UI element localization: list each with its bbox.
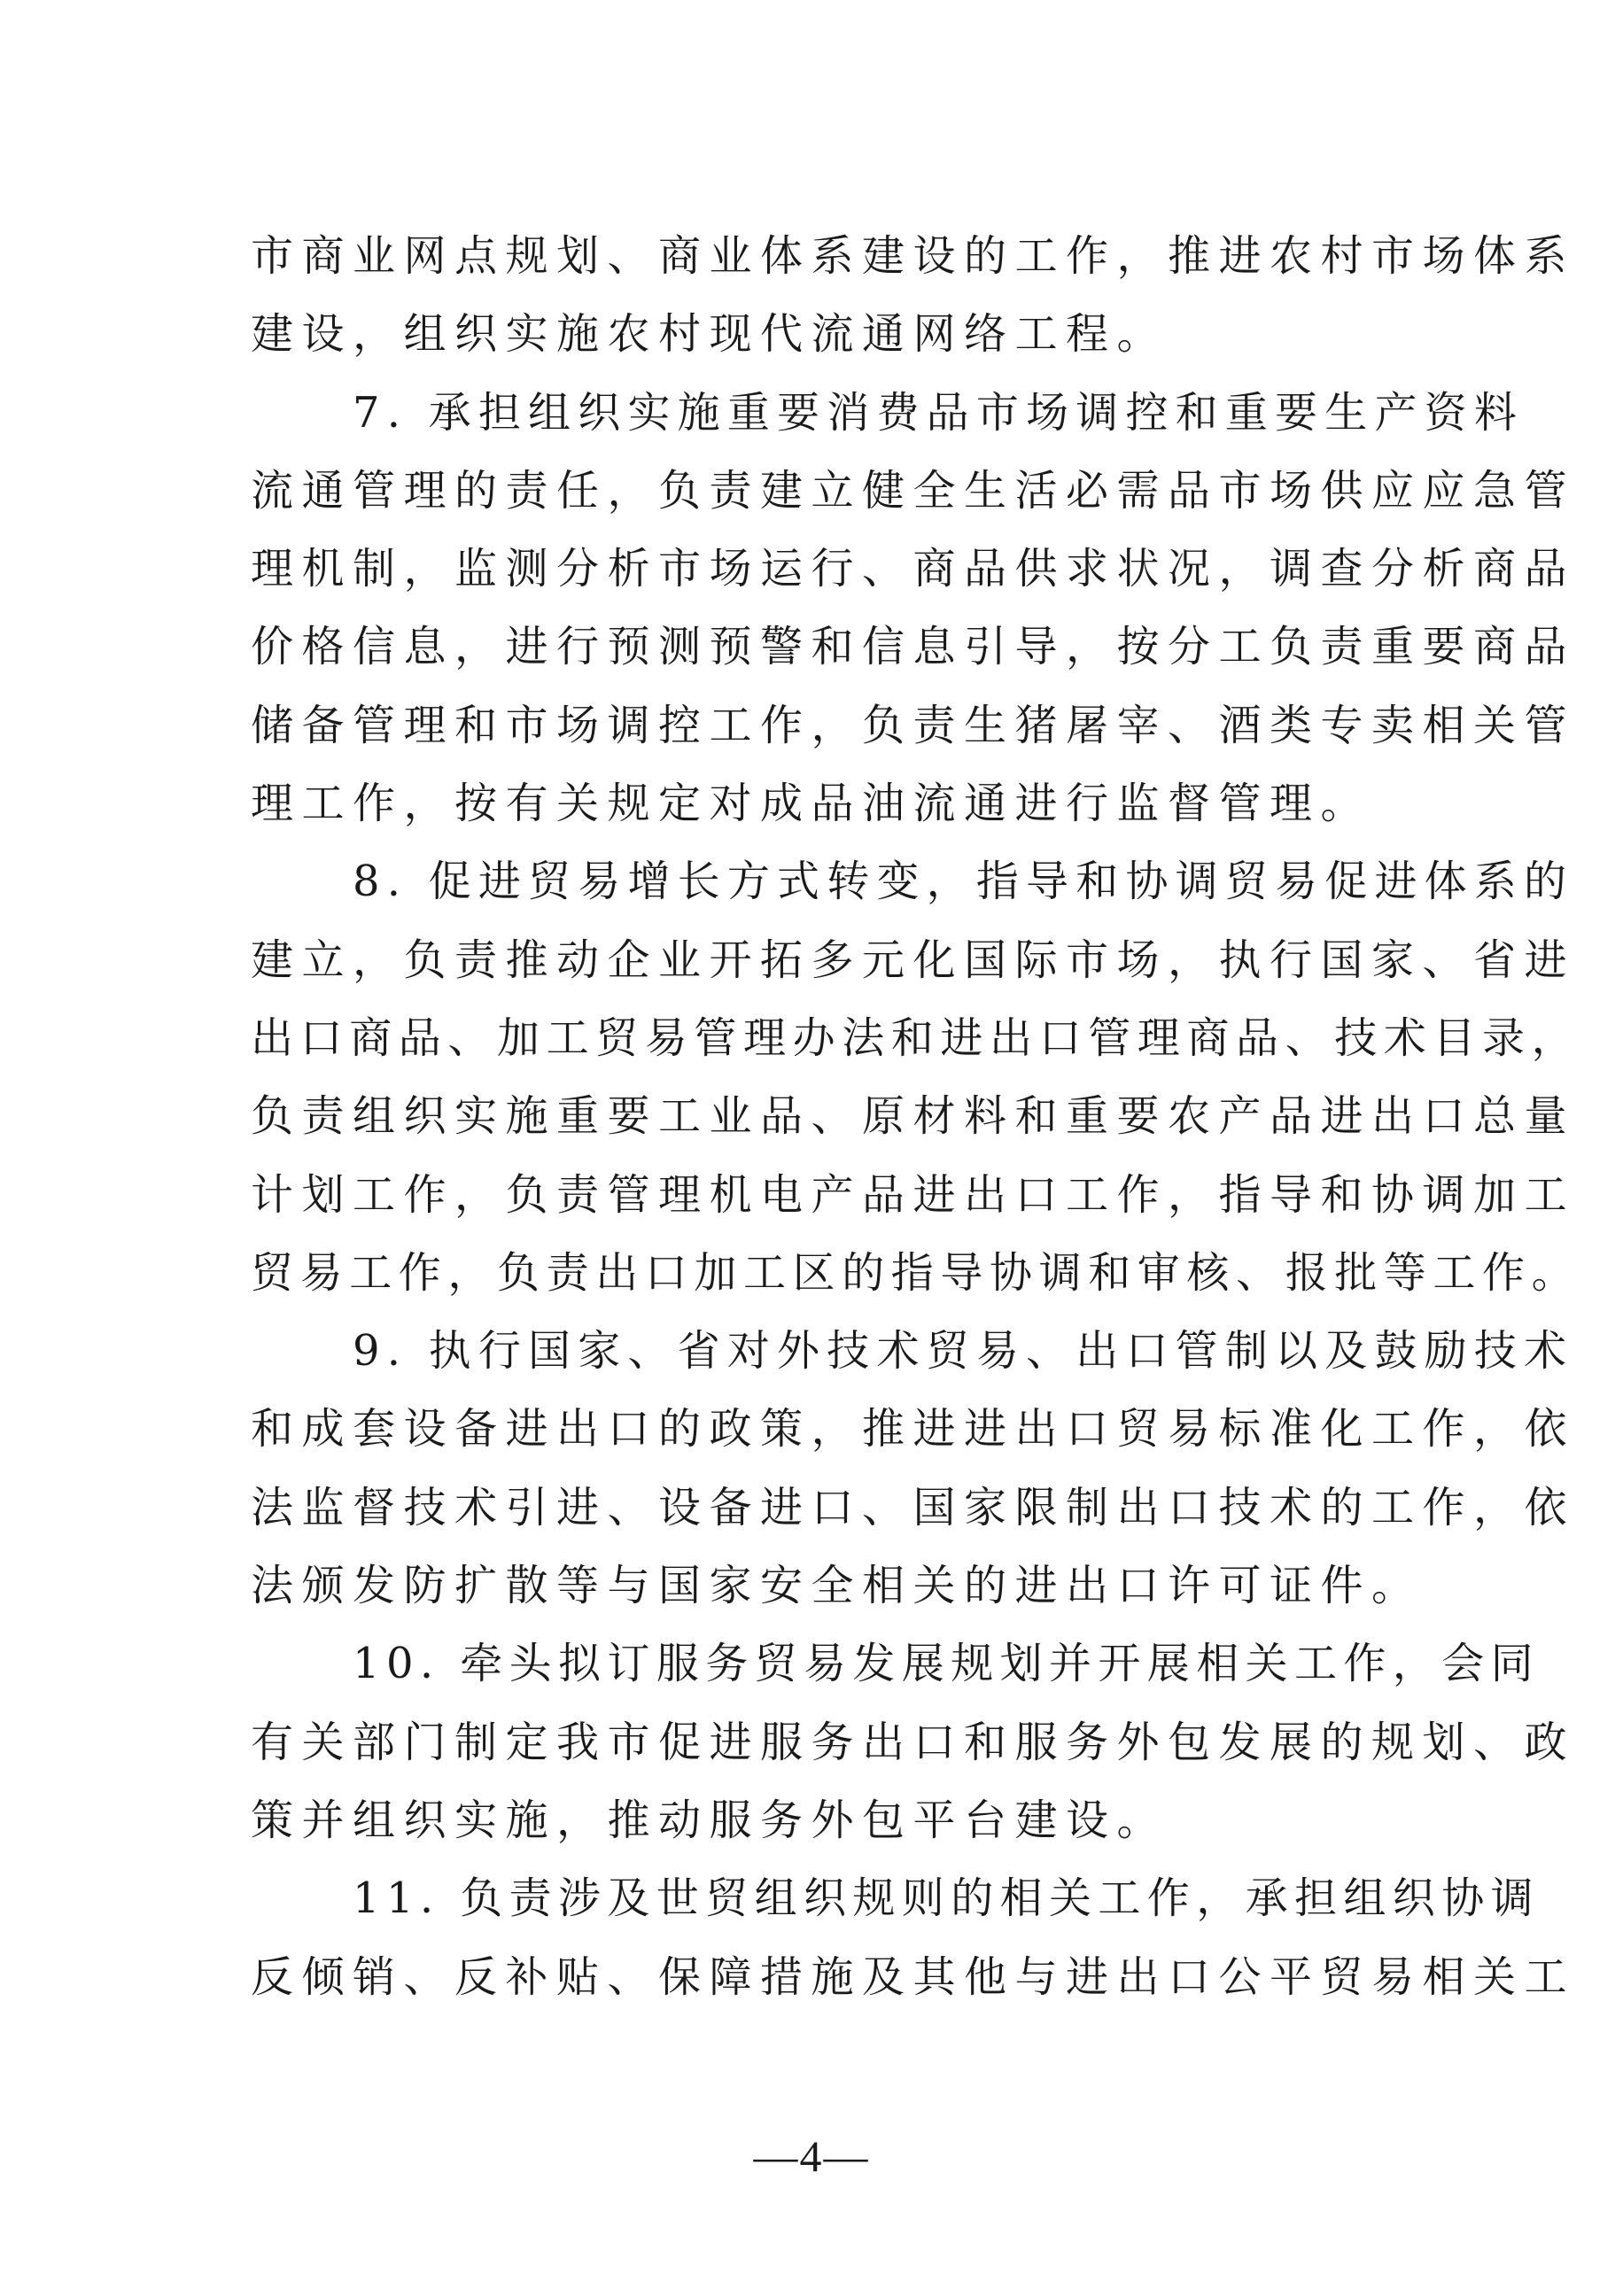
document-page: 市商业网点规划、商业体系建设的工作，推进农村市场体系 建设，组织实施农村现代流通… — [0, 0, 1623, 2296]
text-line: 8. 促进贸易增长方式转变，指导和协调贸易促进体系的 — [251, 842, 1371, 920]
text-line: 市商业网点规划、商业体系建设的工作，推进农村市场体系 — [251, 217, 1371, 295]
text-line: 9. 执行国家、省对外技术贸易、出口管制以及鼓励技术 — [251, 1312, 1371, 1390]
paragraph-9: 9. 执行国家、省对外技术贸易、出口管制以及鼓励技术 和成套设备进出口的政策，推… — [251, 1312, 1371, 1625]
text-line: 负责组织实施重要工业品、原材料和重要农产品进出口总量 — [251, 1077, 1371, 1155]
text-line: 理机制，监测分析市场运行、商品供求状况，调查分析商品 — [251, 530, 1371, 608]
paragraph-8: 8. 促进贸易增长方式转变，指导和协调贸易促进体系的 建立，负责推动企业开拓多元… — [251, 842, 1371, 1312]
text-line: 和成套设备进出口的政策，推进进出口贸易标准化工作，依 — [251, 1390, 1371, 1468]
text-line: 7. 承担组织实施重要消费品市场调控和重要生产资料 — [251, 374, 1371, 452]
text-line: 流通管理的责任，负责建立健全生活必需品市场供应应急管 — [251, 452, 1371, 530]
text-line: 法颁发防扩散等与国家安全相关的进出口许可证件。 — [251, 1547, 1371, 1625]
text-line: 贸易工作，负责出口加工区的指导协调和审核、报批等工作。 — [251, 1234, 1371, 1312]
text-line: 储备管理和市场调控工作，负责生猪屠宰、酒类专卖相关管 — [251, 686, 1371, 764]
text-line: 10. 牵头拟订服务贸易发展规划并开展相关工作，会同 — [251, 1625, 1371, 1703]
text-line: 11. 负责涉及世贸组织规则的相关工作，承担组织协调 — [251, 1859, 1371, 1937]
body-text: 市商业网点规划、商业体系建设的工作，推进农村市场体系 建设，组织实施农村现代流通… — [251, 217, 1371, 2016]
text-line: 价格信息，进行预测预警和信息引导，按分工负责重要商品 — [251, 608, 1371, 686]
text-line: 有关部门制定我市促进服务出口和服务外包发展的规划、政 — [251, 1703, 1371, 1781]
text-line: 反倾销、反补贴、保障措施及其他与进出口公平贸易相关工 — [251, 1938, 1371, 2016]
paragraph-10: 10. 牵头拟订服务贸易发展规划并开展相关工作，会同 有关部门制定我市促进服务出… — [251, 1625, 1371, 1859]
text-line: 建设，组织实施农村现代流通网络工程。 — [251, 295, 1371, 373]
page-number: —4— — [0, 2130, 1623, 2182]
text-line: 建立，负责推动企业开拓多元化国际市场，执行国家、省进 — [251, 921, 1371, 999]
paragraph-6-continuation: 市商业网点规划、商业体系建设的工作，推进农村市场体系 建设，组织实施农村现代流通… — [251, 217, 1371, 374]
paragraph-11: 11. 负责涉及世贸组织规则的相关工作，承担组织协调 反倾销、反补贴、保障措施及… — [251, 1859, 1371, 2016]
paragraph-7: 7. 承担组织实施重要消费品市场调控和重要生产资料 流通管理的责任，负责建立健全… — [251, 374, 1371, 843]
text-line: 理工作，按有关规定对成品油流通进行监督管理。 — [251, 764, 1371, 842]
text-line: 计划工作，负责管理机电产品进出口工作，指导和协调加工 — [251, 1156, 1371, 1234]
text-line: 法监督技术引进、设备进口、国家限制出口技术的工作，依 — [251, 1469, 1371, 1547]
text-line: 策并组织实施，推动服务外包平台建设。 — [251, 1781, 1371, 1859]
text-line: 出口商品、加工贸易管理办法和进出口管理商品、技术目录， — [251, 999, 1371, 1077]
